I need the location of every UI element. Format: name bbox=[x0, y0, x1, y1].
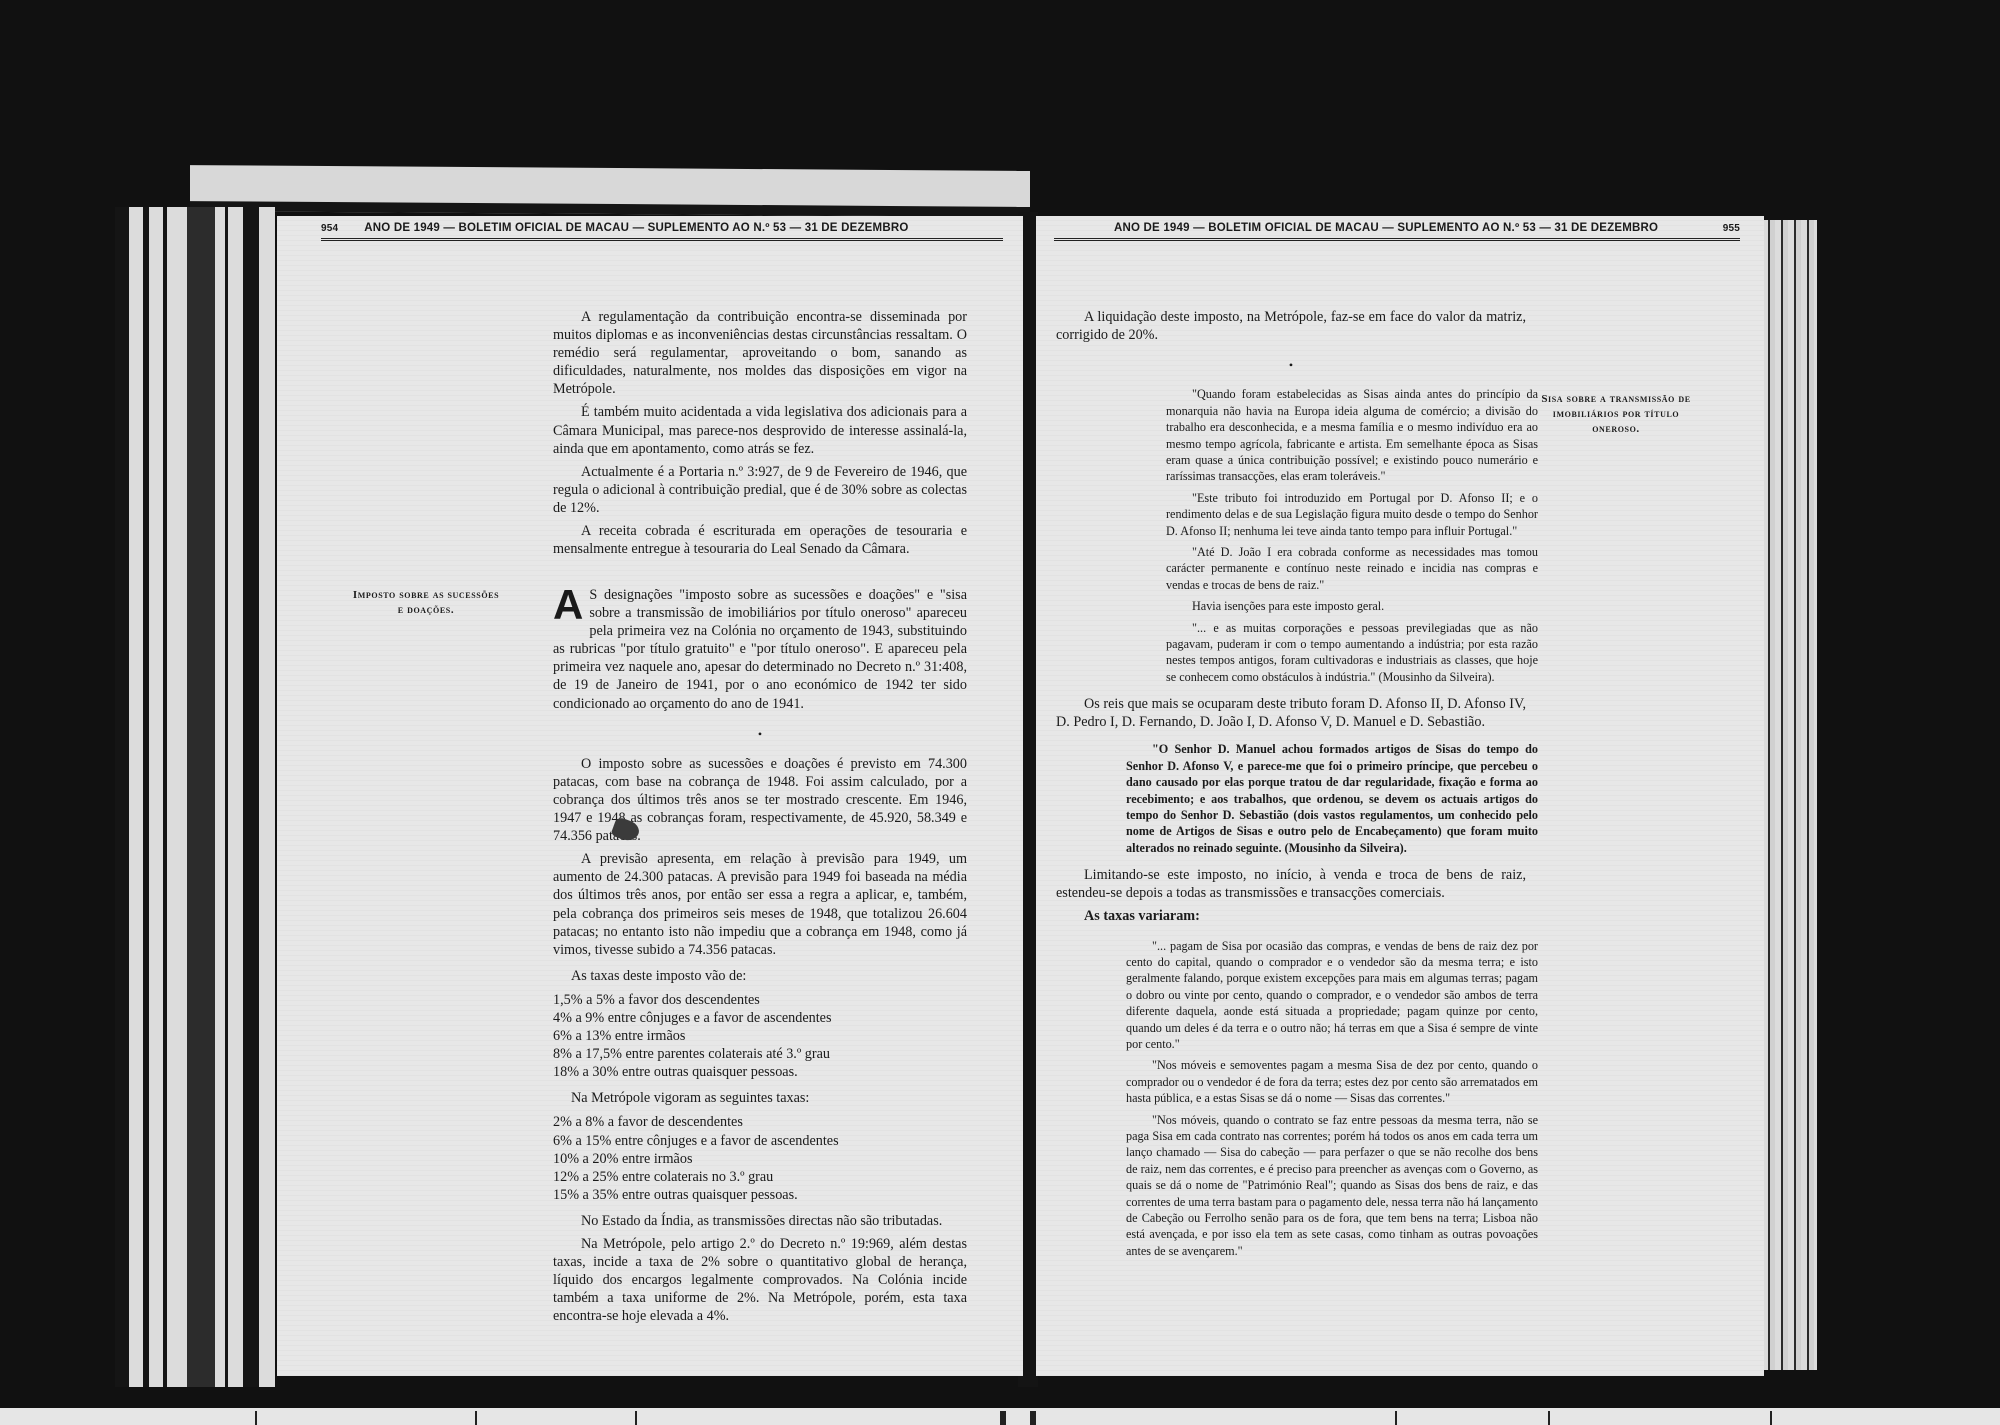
quote-paragraph: "O Senhor D. Manuel achou formados artig… bbox=[1126, 741, 1538, 856]
page-number: 954 bbox=[321, 223, 338, 234]
header-title: Ano de 1949 — Boletim Oficial de Macau —… bbox=[1054, 222, 1697, 234]
rate-item: 1,5% a 5% a favor dos descendentes bbox=[553, 991, 967, 1009]
paragraph: Actualmente é a Portaria n.º 3:927, de 9… bbox=[553, 463, 967, 517]
rate-item: 8% a 17,5% entre parentes colaterais até… bbox=[553, 1045, 967, 1063]
rates-heading: As taxas variaram: bbox=[1056, 907, 1526, 925]
paragraph: A previsão apresenta, em relação à previ… bbox=[553, 850, 967, 959]
ruler-tick bbox=[635, 1411, 637, 1425]
section-separator: • bbox=[1056, 356, 1526, 374]
rate-item: 4% a 9% entre cônjuges e a favor de asce… bbox=[553, 1009, 967, 1027]
stack-edge bbox=[143, 207, 149, 1387]
ruler-tick bbox=[1000, 1411, 1006, 1425]
colony-rates-heading: As taxas deste imposto vão de: bbox=[553, 967, 967, 985]
paragraph: É também muito acidentada a vida legisla… bbox=[553, 403, 967, 457]
bottom-ruler-strip bbox=[0, 1408, 2000, 1425]
quote-paragraph: "... pagam de Sisa por ocasião das compr… bbox=[1126, 938, 1538, 1053]
page-number: 955 bbox=[1723, 223, 1740, 234]
ruler-tick bbox=[1548, 1411, 1550, 1425]
ruler-tick bbox=[475, 1411, 477, 1425]
running-header-left: 954 Ano de 1949 — Boletim Oficial de Mac… bbox=[321, 222, 1003, 241]
rate-item: 18% a 30% entre outras quaisquer pessoas… bbox=[553, 1063, 967, 1081]
paragraph: Limitando-se este imposto, no início, à … bbox=[1056, 866, 1526, 902]
quote-block-history: "Quando foram estabelecidas as Sisas ain… bbox=[1166, 386, 1538, 685]
stack-edge bbox=[187, 207, 215, 1387]
paragraph: A liquidação deste imposto, na Metrópole… bbox=[1056, 308, 1526, 344]
section-sucessoes: AS designações "imposto sobre as sucessõ… bbox=[553, 586, 967, 1325]
left-page-stack bbox=[115, 207, 275, 1387]
section-intro: AS designações "imposto sobre as sucessõ… bbox=[553, 586, 967, 713]
rate-item: 12% a 25% entre colaterais no 3.º grau bbox=[553, 1168, 967, 1186]
quote-paragraph: "Nos móveis e semoventes pagam a mesma S… bbox=[1126, 1057, 1538, 1106]
rate-item: 10% a 20% entre irmãos bbox=[553, 1150, 967, 1168]
stack-edge bbox=[225, 207, 228, 1387]
paragraph: Os reis que mais se ocuparam deste tribu… bbox=[1056, 695, 1526, 731]
colony-rates-list: 1,5% a 5% a favor dos descendentes 4% a … bbox=[553, 991, 967, 1081]
left-page: 954 Ano de 1949 — Boletim Oficial de Mac… bbox=[277, 216, 1023, 1376]
ruler-tick bbox=[255, 1411, 257, 1425]
sidenote-sisa: Sisa sobre a transmissão de imobiliários… bbox=[1536, 392, 1696, 437]
quote-paragraph: "... e as muitas corporações e pessoas p… bbox=[1166, 620, 1538, 686]
ruler-tick bbox=[1395, 1411, 1397, 1425]
book-top-edge bbox=[190, 165, 1030, 217]
quote-paragraph: "Nos móveis, quando o contrato se faz en… bbox=[1126, 1112, 1538, 1260]
stack-edge bbox=[243, 207, 259, 1387]
header-title: Ano de 1949 — Boletim Oficial de Macau —… bbox=[364, 222, 1003, 234]
paragraph: A regulamentação da contribuição encontr… bbox=[553, 308, 967, 398]
running-header-right: Ano de 1949 — Boletim Oficial de Macau —… bbox=[1054, 222, 1740, 241]
paragraph: Na Metrópole, pelo artigo 2.º do Decreto… bbox=[553, 1235, 967, 1325]
sidenote-sucessoes: Imposto sobre as sucessões e doações. bbox=[351, 588, 501, 618]
intro-text: S designações "imposto sobre as sucessõe… bbox=[553, 587, 967, 712]
quote-paragraph: "Este tributo foi introduzido em Portuga… bbox=[1166, 490, 1538, 539]
paragraph: A receita cobrada é escriturada em opera… bbox=[553, 522, 967, 558]
rate-item: 15% a 35% entre outras quaisquer pessoas… bbox=[553, 1186, 967, 1204]
rate-item: 6% a 15% entre cônjuges e a favor de asc… bbox=[553, 1132, 967, 1150]
right-page: Ano de 1949 — Boletim Oficial de Macau —… bbox=[1036, 216, 1764, 1376]
stack-edge bbox=[163, 207, 167, 1387]
text-column-right: A liquidação deste imposto, na Metrópole… bbox=[1056, 308, 1526, 1259]
quote-paragraph: "Quando foram estabelecidas as Sisas ain… bbox=[1166, 386, 1538, 484]
text-column-top: A regulamentação da contribuição encontr… bbox=[553, 308, 967, 558]
rate-item: 6% a 13% entre irmãos bbox=[553, 1027, 967, 1045]
quote-paragraph: Havia isenções para este imposto geral. bbox=[1166, 598, 1538, 614]
rate-item: 2% a 8% a favor de descendentes bbox=[553, 1113, 967, 1131]
paragraph: No Estado da Índia, as transmissões dire… bbox=[553, 1212, 967, 1230]
metropole-rates-list: 2% a 8% a favor de descendentes 6% a 15%… bbox=[553, 1113, 967, 1203]
drop-cap: A bbox=[553, 587, 583, 623]
stack-shadow bbox=[115, 207, 129, 1387]
quote-paragraph: "Até D. João I era cobrada conforme as n… bbox=[1166, 544, 1538, 593]
ruler-tick bbox=[1030, 1411, 1036, 1425]
metropole-rates-heading: Na Metrópole vigoram as seguintes taxas: bbox=[553, 1089, 967, 1107]
quote-block-rates: "... pagam de Sisa por ocasião das compr… bbox=[1126, 938, 1538, 1260]
ruler-tick bbox=[1770, 1411, 1772, 1425]
section-separator: • bbox=[553, 725, 967, 743]
quote-block-manuel: "O Senhor D. Manuel achou formados artig… bbox=[1126, 741, 1538, 856]
right-page-stack bbox=[1762, 220, 1817, 1370]
